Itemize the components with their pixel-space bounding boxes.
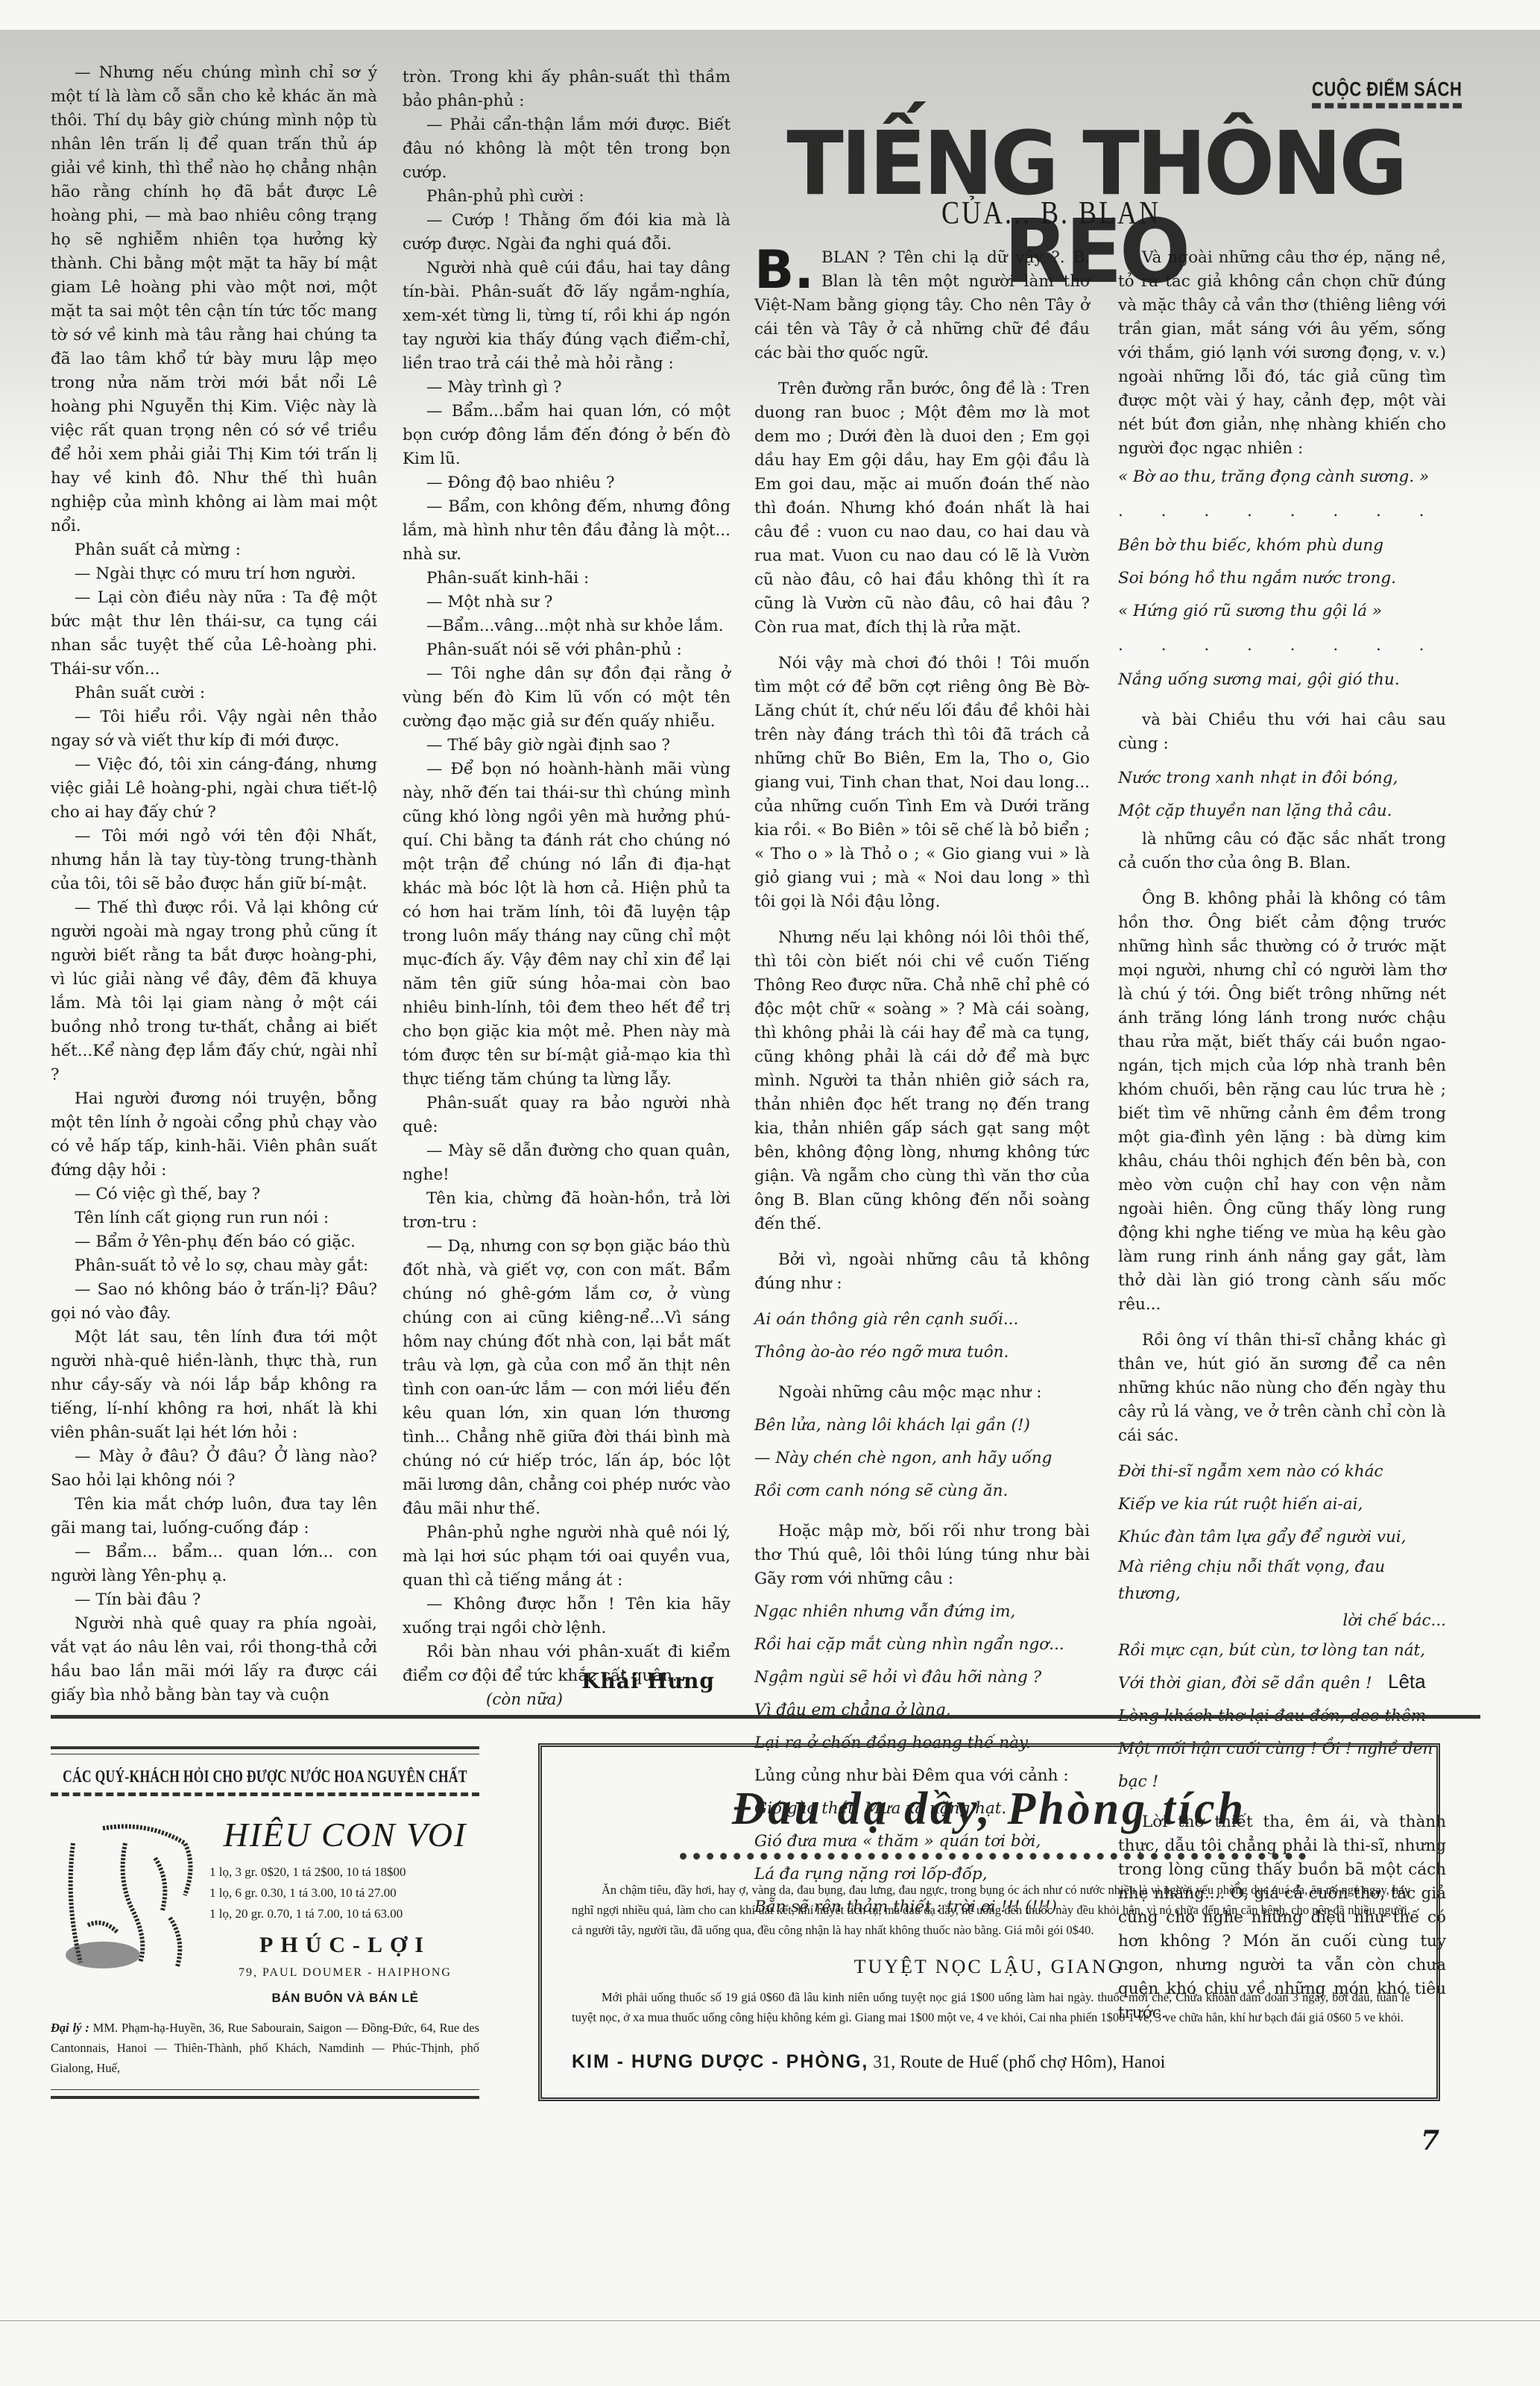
ad-company: PHÚC-LỢI: [211, 1933, 479, 1958]
paragraph: Nhưng nếu lại không nói lôi thôi thế, th…: [754, 926, 1090, 1236]
agents-label: Đại lý :: [51, 2021, 89, 2035]
paragraph: Phân suất cả mừng :: [51, 538, 377, 562]
verse-line: Nước trong xanh nhạt in đôi bóng,: [1118, 762, 1446, 795]
verse-line: Rồi hai cặp mắt cùng nhìn ngẩn ngơ...: [754, 1628, 1090, 1661]
paragraph: — Mày ở đâu? Ở đâu? Ở làng nào? Sao hỏi …: [51, 1445, 377, 1493]
ad-ornament: [680, 1853, 1306, 1860]
paragraph: — Sao nó không báo ở trấn-lị? Đâu? gọi n…: [51, 1278, 377, 1326]
paragraph: Ông B. không phải là không có tâm hồn th…: [1118, 887, 1446, 1317]
verse-block: Ai oán thông già rên cạnh suối... Thông …: [754, 1303, 1090, 1369]
review-byline: CỦA... B. BLAN: [865, 194, 1237, 231]
verse-line: Ai oán thông già rên cạnh suối...: [754, 1303, 1090, 1336]
price-list: 1 lọ, 3 gr. 0$20, 1 tá 2$00, 10 tá 18$00…: [209, 1862, 479, 1924]
paragraph: và bài Chiều thu với hai câu sau cùng :: [1118, 708, 1446, 756]
paragraph: — Việc đó, tôi xin cáng-đáng, nhưng việc…: [51, 753, 377, 825]
pharmacy-address: 31, Route de Huế (phố chợ Hôm), Hanoi: [873, 2053, 1165, 2072]
page-number: 7: [1421, 2125, 1439, 2156]
ellipsis-divider: . . . . . . . . . . . . . . . . . . . .: [1118, 504, 1446, 519]
paragraph: — Có việc gì thế, bay ?: [51, 1183, 377, 1206]
verse-line: « Hứng gió rũ sương thu gội lá »: [1118, 595, 1446, 628]
verse-line: Nắng uống sương mai, gội gió thu.: [1118, 664, 1446, 696]
paragraph: Tên kia, chừng đã hoàn-hồn, trả lời trơn…: [403, 1187, 730, 1235]
paragraph: Hoặc mập mờ, bối rối như trong bài thơ T…: [754, 1520, 1090, 1591]
ad-body: Mới phải uống thuốc số 19 giá 0$60 đã lâ…: [572, 1987, 1410, 2027]
paragraph: Bởi vì, ngoài những câu tả không đúng nh…: [754, 1248, 1090, 1296]
paragraph: Phân suất cười :: [51, 682, 377, 705]
verse-block: Ngạc nhiên nhưng vẫn đứng im, Rồi hai cặ…: [754, 1596, 1090, 1760]
verse-line: Bên bờ thu biếc, khóm phù dung: [1118, 529, 1446, 562]
paragraph: — Bẩm... bẩm... quan lớn... con người là…: [51, 1540, 377, 1588]
review-column-1: B.BLAN ? Tên chi lạ dữ vậy ?. B. Blan là…: [754, 246, 1090, 1924]
price-row: 1 lọ, 3 gr. 0$20, 1 tá 2$00, 10 tá 18$00: [209, 1862, 479, 1883]
paragraph: — Mày trình gì ?: [403, 376, 730, 400]
paragraph: — Bẩm, con không đếm, nhưng đông lắm, mà…: [403, 495, 730, 567]
paragraph: — Tín bài đâu ?: [51, 1588, 377, 1612]
paragraph: Trên đường rẫn bước, ông đề là : Tren du…: [754, 377, 1090, 640]
paragraph: là những câu có đặc sắc nhất trong cả cu…: [1118, 828, 1446, 875]
paragraph: Hai người đương nói truyện, bỗng một tên…: [51, 1087, 377, 1183]
ellipsis-divider: . . . . . . . . . . . . . . . . . . . .: [1118, 638, 1446, 653]
paragraph: Và ngoài những câu thơ ép, nặng nề, tỏ r…: [1118, 246, 1446, 461]
paragraph: Người nhà quê quay ra phía ngoài, vắt vạ…: [51, 1612, 377, 1707]
ad-subheadline: TUYỆT NỌC LẬU, GIANG: [542, 1956, 1436, 1978]
verse-line: Ngạc nhiên nhưng vẫn đứng im,: [754, 1596, 1090, 1628]
verse-line: — Này chén chè ngon, anh hãy uống: [754, 1442, 1090, 1475]
paragraph: Nói vậy mà chơi đó thôi ! Tôi muốn tìm m…: [754, 652, 1090, 914]
paragraph: Ngoài những câu mộc mạc như :: [754, 1381, 1090, 1405]
paragraph: Người nhà quê cúi đầu, hai tay dâng tín-…: [403, 256, 730, 376]
verse-line: Thông ào-ào réo ngỡ mưa tuôn.: [754, 1336, 1090, 1369]
ad-ornament: [51, 1792, 479, 1796]
paragraph: — Phải cẩn-thận lắm mới được. Biết đâu n…: [403, 113, 730, 185]
paragraph: — Dạ, nhưng con sợ bọn giặc báo thù đốt …: [403, 1235, 730, 1521]
paragraph: — Một nhà sư ?: [403, 591, 730, 614]
verse-line: Kiếp ve kia rút ruột hiến ai-ai,: [1118, 1488, 1446, 1521]
verse-block: Bên lửa, nàng lôi khách lại gần (!) — Nà…: [754, 1409, 1090, 1508]
paragraph: — Lại còn điều này nữa : Ta đệ một bức m…: [51, 586, 377, 682]
price-row: 1 lọ, 20 gr. 0.70, 1 tá 7.00, 10 tá 63.0…: [209, 1904, 479, 1924]
paragraph: — Ngài thực có mưu trí hơn người.: [51, 562, 377, 586]
ad-border-bottom: [51, 2089, 479, 2099]
paragraph: — Đông độ bao nhiêu ?: [403, 471, 730, 495]
paragraph: — Nhưng nếu chúng mình chỉ sơ ý một tí l…: [51, 61, 377, 538]
paragraph: — Không được hỗn ! Tên kia hãy xuống trạ…: [403, 1593, 730, 1640]
perfume-advertisement: CÁC QUÝ-KHÁCH HỎI CHO ĐƯỢC NƯỚC HOA NGUY…: [51, 1746, 479, 2186]
ad-sales-note: BÁN BUÔN VÀ BÁN LẺ: [211, 1991, 479, 2006]
ad-body: Ăn chậm tiêu, đầy hơi, hay ợ, vàng da, đ…: [572, 1880, 1410, 1940]
paragraph: —Bẩm...vâng...một nhà sư khỏe lắm.: [403, 614, 730, 638]
paragraph: Phân-suất kinh-hãi :: [403, 567, 730, 591]
section-kicker: CUỘC ĐIỂM SÁCH: [1312, 78, 1462, 109]
ad-headline: CÁC QUÝ-KHÁCH HỎI CHO ĐƯỢC NƯỚC HOA NGUY…: [51, 1766, 479, 1787]
paragraph: — Để bọn nó hoành-hành mãi vùng này, nhỡ…: [403, 758, 730, 1092]
paragraph: Phân-suất quay ra bảo người nhà quê:: [403, 1092, 730, 1139]
review-author-signature: Lêta: [1388, 1670, 1426, 1693]
paragraph: tròn. Trong khi ấy phân-suất thì thầm bả…: [403, 66, 730, 113]
section-divider: [51, 1715, 1480, 1719]
ad-agents: Đại lý : MM. Phạm-hạ-Huyền, 36, Rue Sabo…: [51, 2018, 479, 2078]
paragraph: — Mày sẽ dẫn đường cho quan quân, nghe!: [403, 1139, 730, 1187]
opening-paragraph: B.BLAN ? Tên chi lạ dữ vậy ?. B. Blan là…: [754, 246, 1090, 365]
verse-line: Ngậm ngùi sẽ hỏi vì đâu hỡi nàng ?: [754, 1661, 1090, 1694]
ad-address: 79, PAUL DOUMER - HAIPHONG: [211, 1966, 479, 1980]
drop-cap: B.: [754, 248, 814, 292]
verse-line: Soi bóng hồ thu ngắm nước trong.: [1118, 562, 1446, 595]
ad-brand: HIÊU CON VOI: [211, 1815, 479, 1854]
paragraph: — Thế thì được rồi. Vả lại không cứ ngườ…: [51, 896, 377, 1087]
verse-line: Một cặp thuyền nan lặng thả câu.: [1118, 795, 1446, 828]
serial-author-signature: Khái Hưng: [581, 1669, 715, 1693]
quote-line: « Bờ ao thu, trăng đọng cành sương. »: [1118, 461, 1446, 494]
paragraph: — Tôi hiểu rồi. Vậy ngài nên thảo ngay s…: [51, 705, 377, 753]
verse-line: Vì đâu em chẳng ở làng,: [754, 1694, 1090, 1727]
ad-border-top: [51, 1746, 479, 1754]
elephant-illustration-icon: [58, 1813, 200, 1970]
paragraph: Phân-phủ phì cười :: [403, 185, 730, 209]
verse-line: Mà riêng chịu nỗi thất vọng, đau thương,: [1118, 1554, 1446, 1608]
serial-column-1: — Nhưng nếu chúng mình chỉ sơ ý một tí l…: [51, 61, 377, 1707]
paragraph: Tên kia mắt chớp luôn, đưa tay lên gãi m…: [51, 1493, 377, 1540]
paragraph: Phân-suất tỏ vẻ lo sợ, chau mày gắt:: [51, 1254, 377, 1278]
verse-line: Đời thi-sĩ ngẫm xem nào có khác: [1118, 1455, 1446, 1488]
serial-column-2: tròn. Trong khi ấy phân-suất thì thầm bả…: [403, 66, 730, 1712]
paragraph: Phân-phủ nghe người nhà quê nói lý, mà l…: [403, 1521, 730, 1593]
paragraph: — Cướp ! Thằng ốm đói kia mà là cướp đượ…: [403, 209, 730, 256]
ad-footer: KIM - HƯNG DƯỢC - PHÒNG, 31, Route de Hu…: [572, 2051, 1410, 2073]
price-row: 1 lọ, 6 gr. 0.30, 1 tá 3.00, 10 tá 27.00: [209, 1883, 479, 1904]
agents-list: MM. Phạm-hạ-Huyền, 36, Rue Sabourain, Sa…: [51, 2021, 479, 2075]
pharmacy-name: KIM - HƯNG DƯỢC - PHÒNG,: [572, 2051, 868, 2072]
paragraph: Một lát sau, tên lính đưa tới một người …: [51, 1326, 377, 1445]
verse-line: Rồi mực cạn, bút cùn, tơ lòng tan nát,: [1118, 1634, 1446, 1667]
paragraph: — Bẩm...bẩm hai quan lớn, có một bọn cướ…: [403, 400, 730, 471]
paragraph: Tên lính cất giọng run run nói :: [51, 1206, 377, 1230]
paragraph: Rồi ông ví thân thi-sĩ chẳng khác gì thâ…: [1118, 1329, 1446, 1448]
medicine-advertisement: Đau dạ dầy, Phòng tích Ăn chậm tiêu, đầy…: [538, 1743, 1440, 2101]
verse-block: Nước trong xanh nhạt in đôi bóng, Một cặ…: [1118, 762, 1446, 828]
scan-edge: [0, 2320, 1540, 2321]
paragraph: — Thế bây giờ ngài định sao ?: [403, 734, 730, 758]
paragraph: — Bẩm ở Yên-phụ đến báo có giặc.: [51, 1230, 377, 1254]
paragraph: — Tôi nghe dân sự đồn đại rằng ở vùng bế…: [403, 662, 730, 734]
verse-line: Khúc đàn tâm lựa gẩy để người vui,: [1118, 1521, 1446, 1554]
ad-headline: Đau dạ dầy, Phòng tích: [542, 1783, 1436, 1836]
verse-line: lời chế bác...: [1118, 1608, 1446, 1634]
paragraph: Phân-suất nói sẽ với phân-phủ :: [403, 638, 730, 662]
verse-line: Bên lửa, nàng lôi khách lại gần (!): [754, 1409, 1090, 1442]
paragraph: — Tôi mới ngỏ với tên đội Nhất, nhưng hắ…: [51, 825, 377, 896]
verse-line: Rồi cơm canh nóng sẽ cùng ăn.: [754, 1475, 1090, 1508]
